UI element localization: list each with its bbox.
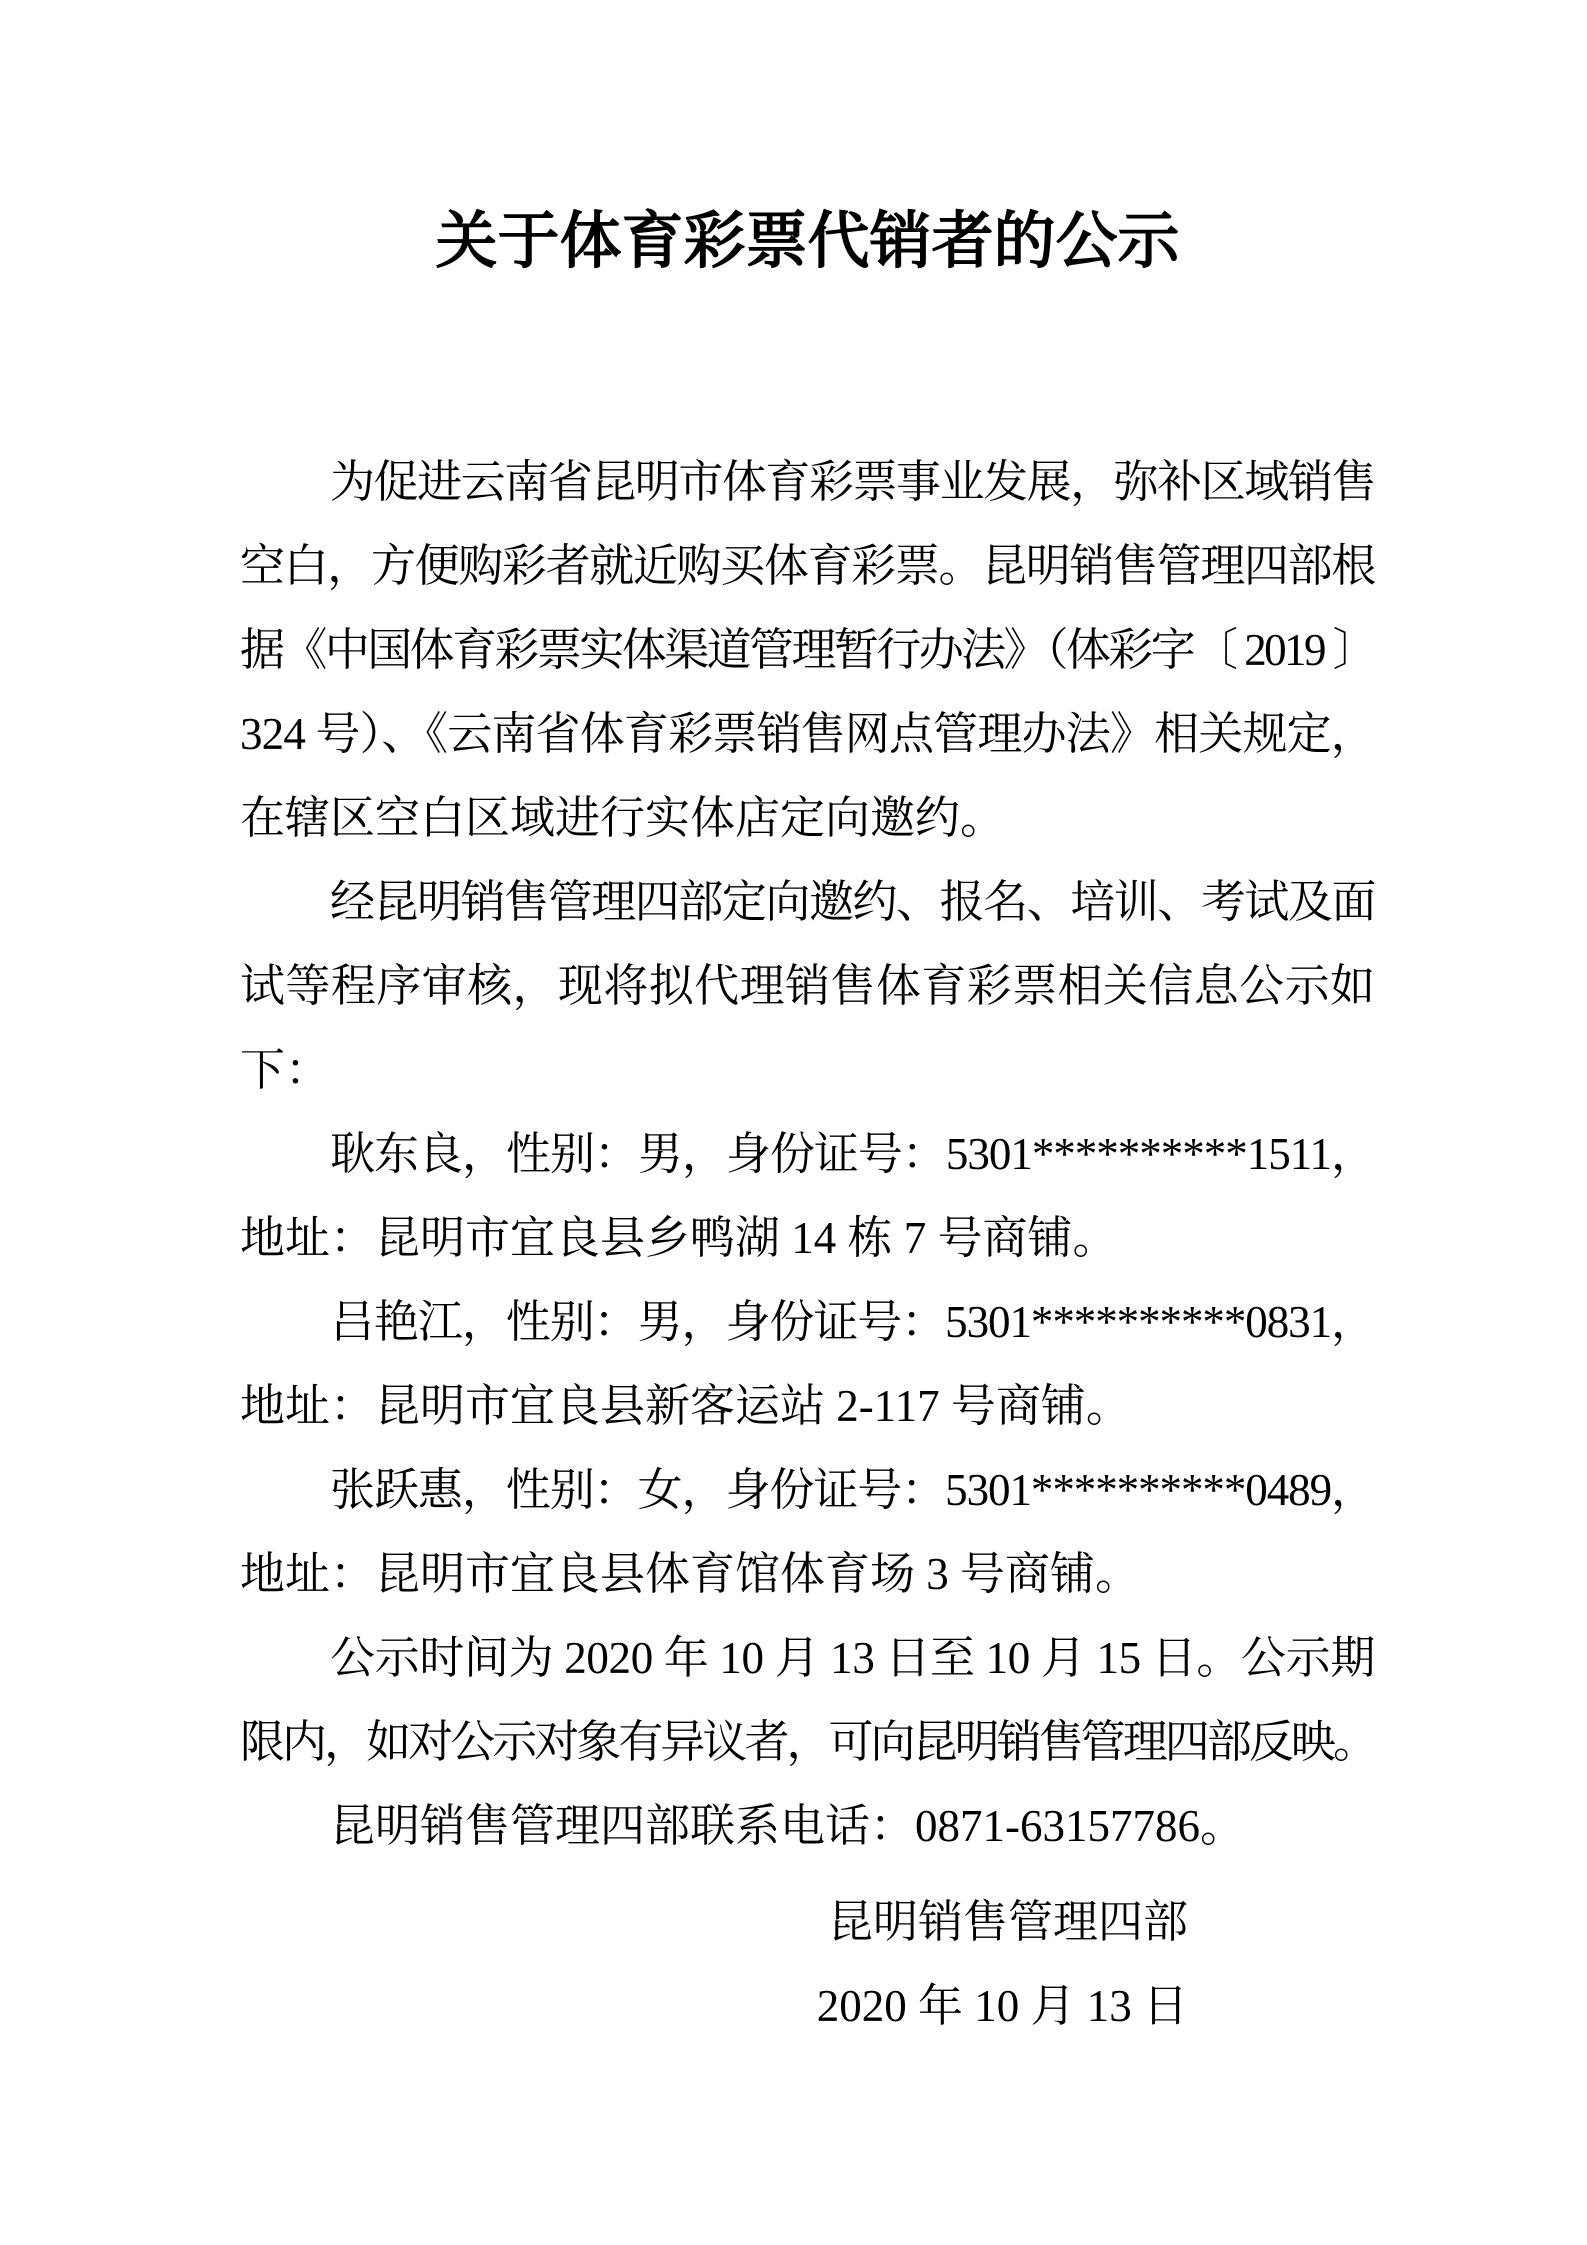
body-line-text: 限内，如对公示对象有异议者，可向昆明销售管理四部反映。 (240, 1717, 1375, 1767)
body-line-p7-l1: 昆明销售管理四部联系电话：0871-63157786。 (240, 1784, 1375, 1868)
body-line-p1-l1: 为促进云南省昆明市体育彩票事业发展，弥补区域销售 (240, 440, 1375, 524)
body-line-p2-l3: 下： (240, 1028, 1375, 1112)
body-line-p4-l2: 地址：昆明市宜良县新客运站 2-117 号商铺。 (240, 1364, 1375, 1448)
body-line-p2-l1: 经昆明销售管理四部定向邀约、报名、培训、考试及面 (240, 860, 1375, 944)
body-line-p1-l3: 据《中国体育彩票实体渠道管理暂行办法》（体彩字〔 2019 〕 (240, 608, 1375, 692)
signature-block: 昆明销售管理四部 2020 年 10 月 13 日 (240, 1880, 1188, 2048)
body-line-p6-l1: 公示时间为 2020 年 10 月 13 日至 10 月 15 日。公示期 (240, 1616, 1375, 1700)
body-line-p1-l4: 324 号）、《云南省体育彩票销售网点管理办法》相关规定， (240, 692, 1375, 776)
body-line-text: 经昆明销售管理四部定向邀约、报名、培训、考试及面 (330, 877, 1375, 927)
body-line-text: 324 号）、《云南省体育彩票销售网点管理办法》相关规定， (240, 709, 1375, 759)
body-line-text: 下： (240, 1045, 330, 1095)
body-line-p3-l2: 地址：昆明市宜良县乡鸭湖 14 栋 7 号商铺。 (240, 1196, 1375, 1280)
body-line-text: 地址：昆明市宜良县乡鸭湖 14 栋 7 号商铺。 (240, 1213, 1118, 1263)
body-line-p4-l1: 吕艳江，性别：男，身份证号：5301**********0831， (240, 1280, 1375, 1364)
body-line-p5-l2: 地址：昆明市宜良县体育馆体育场 3 号商铺。 (240, 1532, 1375, 1616)
body-line-text: 耿东良，性别：男，身份证号：5301**********1511， (330, 1129, 1375, 1179)
body-line-text: 吕艳江，性别：男，身份证号：5301**********0831， (330, 1297, 1375, 1347)
body-line-text: 地址：昆明市宜良县体育馆体育场 3 号商铺。 (240, 1549, 1140, 1599)
body-line-p2-l2: 试等程序审核，现将拟代理销售体育彩票相关信息公示如 (240, 944, 1375, 1028)
body-line-p1-l5: 在辖区空白区域进行实体店定向邀约。 (240, 776, 1375, 860)
body-line-text: 张跃惠，性别：女，身份证号：5301**********0489， (330, 1465, 1375, 1515)
body-line-text: 在辖区空白区域进行实体店定向邀约。 (240, 793, 1005, 843)
body-line-text: 公示时间为 2020 年 10 月 13 日至 10 月 15 日。公示期 (330, 1633, 1375, 1683)
body-line-text: 地址：昆明市宜良县新客运站 2-117 号商铺。 (240, 1381, 1131, 1431)
signature-org: 昆明销售管理四部 (240, 1880, 1188, 1964)
body-line-text: 为促进云南省昆明市体育彩票事业发展，弥补区域销售 (330, 457, 1375, 507)
body-line-text: 空白，方便购彩者就近购买体育彩票。昆明销售管理四部根 (240, 541, 1375, 591)
body-line-text: 昆明销售管理四部联系电话：0871-63157786。 (330, 1801, 1245, 1851)
body-line-p3-l1: 耿东良，性别：男，身份证号：5301**********1511， (240, 1112, 1375, 1196)
document-page: 关于体育彩票代销者的公示 为促进云南省昆明市体育彩票事业发展，弥补区域销售空白，… (0, 0, 1587, 2245)
body-line-text: 据《中国体育彩票实体渠道管理暂行办法》（体彩字〔 2019 〕 (240, 625, 1375, 675)
body-line-text: 试等程序审核，现将拟代理销售体育彩票相关信息公示如 (240, 961, 1375, 1011)
body-line-p1-l2: 空白，方便购彩者就近购买体育彩票。昆明销售管理四部根 (240, 524, 1375, 608)
body-line-p6-l2: 限内，如对公示对象有异议者，可向昆明销售管理四部反映。 (240, 1700, 1375, 1784)
document-body: 为促进云南省昆明市体育彩票事业发展，弥补区域销售空白，方便购彩者就近购买体育彩票… (240, 440, 1375, 1868)
signature-date: 2020 年 10 月 13 日 (240, 1964, 1188, 2048)
document-title: 关于体育彩票代销者的公示 (240, 202, 1375, 282)
body-line-p5-l1: 张跃惠，性别：女，身份证号：5301**********0489， (240, 1448, 1375, 1532)
